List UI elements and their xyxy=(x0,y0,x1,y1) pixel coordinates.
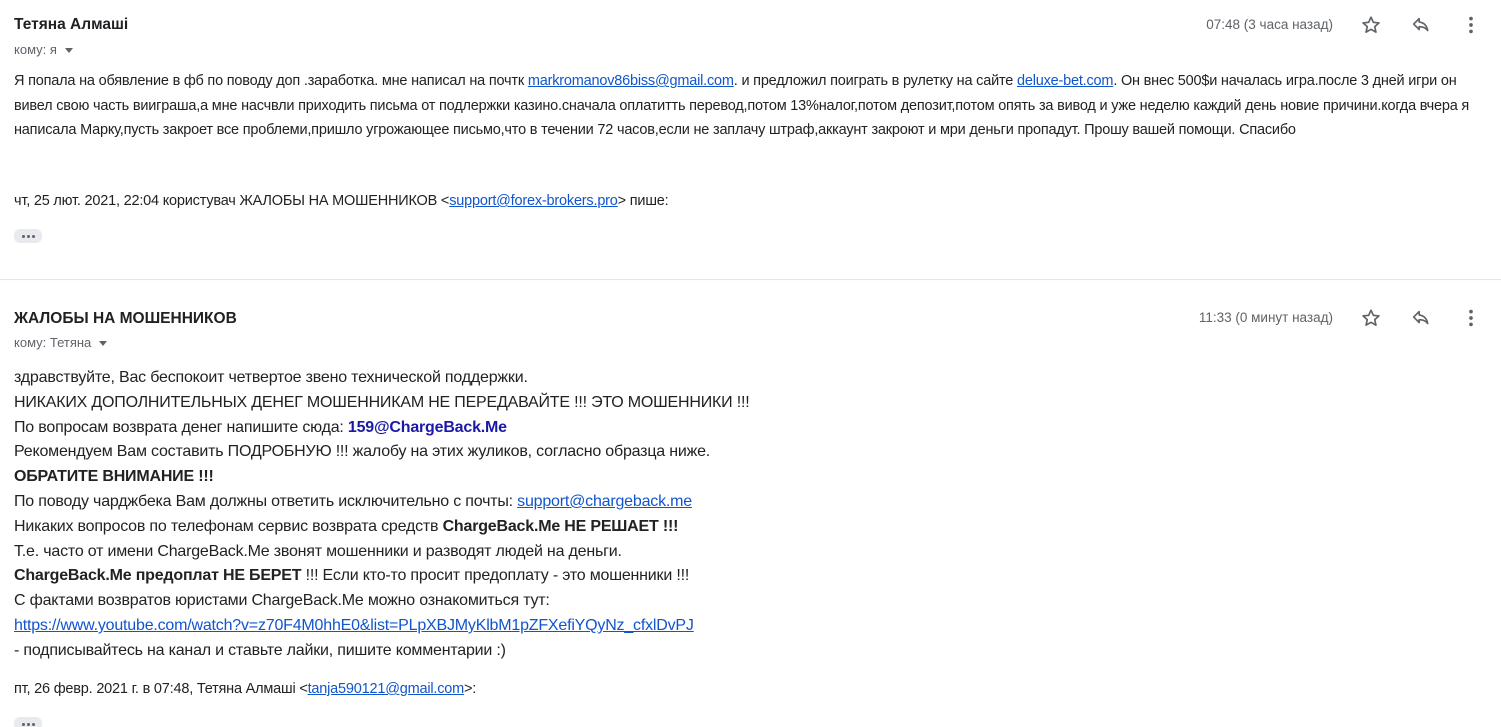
email-link[interactable]: markromanov86biss@gmail.com xyxy=(528,73,734,89)
body-line: - подписывайтесь на канал и ставьте лайк… xyxy=(14,639,1114,664)
body-text: По поводу чарджбека Вам должны ответить … xyxy=(14,493,517,510)
message-body: здравствуйте, Вас беспокоит четвертое зв… xyxy=(14,366,1114,664)
star-icon[interactable] xyxy=(1357,304,1385,332)
dot-icon xyxy=(27,235,30,238)
body-text: . и предложил поиграть в рулетку на сайт… xyxy=(734,73,1017,89)
message-time: 07:48 (3 часа назад) xyxy=(1206,17,1333,32)
dot-icon xyxy=(22,235,25,238)
quote-email-link[interactable]: support@forex-brokers.pro xyxy=(449,193,617,209)
body-text: По вопросам возврата денег напишите сюда… xyxy=(14,419,348,436)
show-trimmed-content-button[interactable] xyxy=(14,717,42,727)
youtube-link[interactable]: https://www.youtube.com/watch?v=z70F4M0h… xyxy=(14,617,694,634)
body-text: !!! xyxy=(659,518,679,535)
dot-icon xyxy=(27,723,30,726)
dot-icon xyxy=(22,723,25,726)
body-line: С фактами возвратов юристами ChargeBack.… xyxy=(14,589,1114,614)
caret-down-icon xyxy=(65,48,73,53)
recipients-label: кому: я xyxy=(14,42,57,57)
quote-prefix: пт, 26 февр. 2021 г. в 07:48, Тетяна Алм… xyxy=(14,681,308,697)
sender-name: ЖАЛОБЫ НА МОШЕННИКОВ xyxy=(14,310,237,328)
body-text: Никаких вопросов по телефонам сервис воз… xyxy=(14,518,443,535)
reply-icon[interactable] xyxy=(1407,304,1435,332)
quote-header: чт, 25 лют. 2021, 22:04 користувач ЖАЛОБ… xyxy=(14,193,668,209)
quote-suffix: >: xyxy=(464,681,476,697)
recipients-label: кому: Тетяна xyxy=(14,335,91,350)
more-vert-icon[interactable] xyxy=(1457,11,1485,39)
body-bold: ChargeBack.Me НЕ РЕШАЕТ xyxy=(443,518,659,535)
quote-header: пт, 26 февр. 2021 г. в 07:48, Тетяна Алм… xyxy=(14,681,476,697)
body-line: По вопросам возврата денег напишите сюда… xyxy=(14,416,1114,441)
quote-suffix: > пише: xyxy=(618,193,669,209)
body-line: Рекомендуем Вам составить ПОДРОБНУЮ !!! … xyxy=(14,440,1114,465)
more-vert-icon[interactable] xyxy=(1457,304,1485,332)
quote-email-link[interactable]: tanja590121@gmail.com xyxy=(308,681,464,697)
body-line: ОБРАТИТЕ ВНИМАНИЕ !!! xyxy=(14,465,1114,490)
quote-prefix: чт, 25 лют. 2021, 22:04 користувач ЖАЛОБ… xyxy=(14,193,449,209)
body-text: !!! Если кто-то просит предоплату - это … xyxy=(301,567,689,584)
star-icon[interactable] xyxy=(1357,11,1385,39)
message-divider xyxy=(0,279,1501,280)
dot-icon xyxy=(32,235,35,238)
body-line: здравствуйте, Вас беспокоит четвертое зв… xyxy=(14,366,1114,391)
body-text: Я попала на обявление в фб по поводу доп… xyxy=(14,73,528,89)
message-time: 11:33 (0 минут назад) xyxy=(1199,310,1333,325)
recipients-toggle[interactable]: кому: Тетяна xyxy=(14,335,107,350)
website-link[interactable]: deluxe-bet.com xyxy=(1017,73,1113,89)
sender-name: Тетяна Алмаші xyxy=(14,16,128,34)
body-line: https://www.youtube.com/watch?v=z70F4M0h… xyxy=(14,614,1114,639)
show-trimmed-content-button[interactable] xyxy=(14,229,42,243)
chargeback-email: 159@ChargeBack.Me xyxy=(348,419,507,436)
body-line: Никаких вопросов по телефонам сервис воз… xyxy=(14,515,1114,540)
caret-down-icon xyxy=(99,341,107,346)
email-message-1: Тетяна Алмаші кому: я 07:48 (3 часа наза… xyxy=(0,0,1501,282)
support-email-link[interactable]: support@chargeback.me xyxy=(517,493,692,510)
body-line: Т.е. часто от имени ChargeBack.Me звонят… xyxy=(14,540,1114,565)
body-bold: ChargeBack.Me предоплат НЕ БЕРЕТ xyxy=(14,567,301,584)
message-body: Я попала на обявление в фб по поводу доп… xyxy=(14,69,1489,143)
body-line: НИКАКИХ ДОПОЛНИТЕЛЬНЫХ ДЕНЕГ МОШЕННИКАМ … xyxy=(14,391,1114,416)
body-line: ChargeBack.Me предоплат НЕ БЕРЕТ !!! Есл… xyxy=(14,564,1114,589)
recipients-toggle[interactable]: кому: я xyxy=(14,42,73,57)
body-line: По поводу чарджбека Вам должны ответить … xyxy=(14,490,1114,515)
dot-icon xyxy=(32,723,35,726)
reply-icon[interactable] xyxy=(1407,11,1435,39)
